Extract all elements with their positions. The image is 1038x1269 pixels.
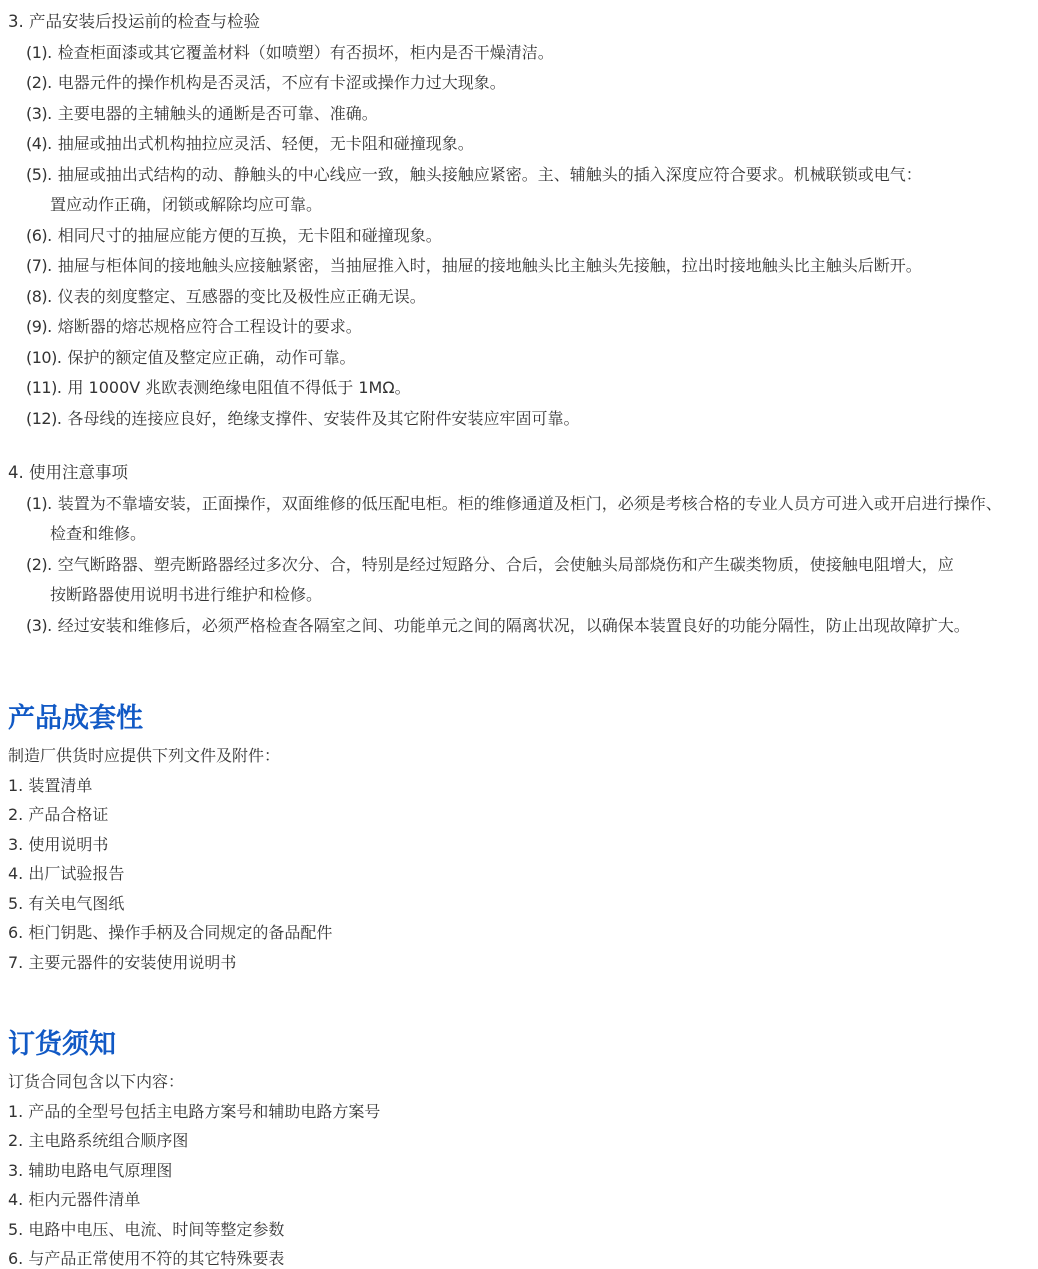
ordering-section-heading: 订货须知 xyxy=(8,1027,1030,1063)
item-text: 抽屉或抽出式结构的动、静触头的中心线应一致，触头接触应紧密。主、辅触头的插入深度… xyxy=(58,165,922,184)
item-number: (2). xyxy=(26,73,52,92)
item-number: (1). xyxy=(26,43,52,62)
item-text: 经过安装和维修后，必须严格检查各隔室之间、功能单元之间的隔离状况，以确保本装置良… xyxy=(58,616,970,635)
list-item-3-6: (6).相同尺寸的抽屉应能方便的互换，无卡阻和碰撞现象。 xyxy=(8,221,1030,252)
item-number: (5). xyxy=(26,165,52,184)
item-text: 抽屉或抽出式机构抽拉应灵活、轻便，无卡阻和碰撞现象。 xyxy=(58,134,474,153)
item-text: 保护的额定值及整定应正确，动作可靠。 xyxy=(67,348,355,367)
item-number: (8). xyxy=(26,287,52,306)
item-text: 装置为不靠墙安装，正面操作，双面维修的低压配电柜。柜的维修通道及柜门，必须是考核… xyxy=(58,494,1002,513)
item-number: (12). xyxy=(26,409,61,428)
ordering-item-1: 1. 产品的全型号包括主电路方案号和辅助电路方案号 xyxy=(8,1097,1030,1127)
completeness-item-6: 6. 柜门钥匙、操作手柄及合同规定的备品配件 xyxy=(8,918,1030,948)
completeness-item-2: 2. 产品合格证 xyxy=(8,800,1030,830)
list-item-3-10: (10).保护的额定值及整定应正确，动作可靠。 xyxy=(8,343,1030,374)
item-text: 用 1000V 兆欧表测绝缘电阻值不得低于 1MΩ。 xyxy=(67,378,410,397)
ordering-intro: 订货合同包含以下内容： xyxy=(8,1067,1030,1097)
completeness-intro: 制造厂供货时应提供下列文件及附件： xyxy=(8,741,1030,771)
list-item-3-2: (2).电器元件的操作机构是否灵活，不应有卡涩或操作力过大现象。 xyxy=(8,68,1030,99)
item-text: 各母线的连接应良好，绝缘支撑件、安装件及其它附件安装应牢固可靠。 xyxy=(67,409,579,428)
section-usage-precautions: 4. 使用注意事项 (1).装置为不靠墙安装，正面操作，双面维修的低压配电柜。柜… xyxy=(8,458,1030,641)
item-number: (1). xyxy=(26,494,52,513)
list-item-3-7: (7).抽屉与柜体间的接地触头应接触紧密，当抽屉推入时，抽屉的接地触头比主触头先… xyxy=(8,251,1030,282)
manual-page: 3. 产品安装后投运前的检查与检验 (1).检查柜面漆或其它覆盖材料（如喷塑）有… xyxy=(0,0,1038,1269)
completeness-list: 制造厂供货时应提供下列文件及附件： 1. 装置清单 2. 产品合格证 3. 使用… xyxy=(8,741,1030,977)
item-text: 电器元件的操作机构是否灵活，不应有卡涩或操作力过大现象。 xyxy=(58,73,506,92)
list-item-3-11: (11).用 1000V 兆欧表测绝缘电阻值不得低于 1MΩ。 xyxy=(8,373,1030,404)
list-item-3-5-continuation: 置应动作正确，闭锁或解除均应可靠。 xyxy=(8,190,1030,221)
ordering-item-4: 4. 柜内元器件清单 xyxy=(8,1185,1030,1215)
item-text: 空气断路器、塑壳断路器经过多次分、合，特别是经过短路分、合后，会使触头局部烧伤和… xyxy=(58,555,954,574)
item-text: 熔断器的熔芯规格应符合工程设计的要求。 xyxy=(58,317,362,336)
item-number: (6). xyxy=(26,226,52,245)
item-text: 检查柜面漆或其它覆盖材料（如喷塑）有否损坏，柜内是否干燥清洁。 xyxy=(58,43,554,62)
list-item-3-12: (12).各母线的连接应良好，绝缘支撑件、安装件及其它附件安装应牢固可靠。 xyxy=(8,404,1030,435)
list-item-3-8: (8).仪表的刻度整定、互感器的变比及极性应正确无误。 xyxy=(8,282,1030,313)
item-text: 抽屉与柜体间的接地触头应接触紧密，当抽屉推入时，抽屉的接地触头比主触头先接触，拉… xyxy=(58,256,922,275)
list-item-4-3: (3).经过安装和维修后，必须严格检查各隔室之间、功能单元之间的隔离状况，以确保… xyxy=(8,611,1030,642)
section-pre-commissioning-checks: 3. 产品安装后投运前的检查与检验 (1).检查柜面漆或其它覆盖材料（如喷塑）有… xyxy=(8,7,1030,434)
item-text: 仪表的刻度整定、互感器的变比及极性应正确无误。 xyxy=(58,287,426,306)
item-number: (7). xyxy=(26,256,52,275)
item-number: (2). xyxy=(26,555,52,574)
item-number: (3). xyxy=(26,616,52,635)
list-item-4-2: (2).空气断路器、塑壳断路器经过多次分、合，特别是经过短路分、合后，会使触头局… xyxy=(8,550,1030,581)
item-text: 相同尺寸的抽屉应能方便的互换，无卡阻和碰撞现象。 xyxy=(58,226,442,245)
list-item-3-4: (4).抽屉或抽出式机构抽拉应灵活、轻便，无卡阻和碰撞现象。 xyxy=(8,129,1030,160)
completeness-section-heading: 产品成套性 xyxy=(8,701,1030,737)
completeness-item-7: 7. 主要元器件的安装使用说明书 xyxy=(8,948,1030,978)
completeness-item-1: 1. 装置清单 xyxy=(8,771,1030,801)
item-number: (9). xyxy=(26,317,52,336)
item-number: (4). xyxy=(26,134,52,153)
ordering-item-2: 2. 主电路系统组合顺序图 xyxy=(8,1126,1030,1156)
list-item-4-2-continuation: 按断路器使用说明书进行维护和检修。 xyxy=(8,580,1030,611)
item-number: (3). xyxy=(26,104,52,123)
ordering-list: 订货合同包含以下内容： 1. 产品的全型号包括主电路方案号和辅助电路方案号 2.… xyxy=(8,1067,1030,1269)
list-item-4-1: (1).装置为不靠墙安装，正面操作，双面维修的低压配电柜。柜的维修通道及柜门，必… xyxy=(8,489,1030,520)
completeness-item-3: 3. 使用说明书 xyxy=(8,830,1030,860)
list-item-3-1: (1).检查柜面漆或其它覆盖材料（如喷塑）有否损坏，柜内是否干燥清洁。 xyxy=(8,38,1030,69)
section-3-title: 3. 产品安装后投运前的检查与检验 xyxy=(8,7,1030,38)
section-4-title: 4. 使用注意事项 xyxy=(8,458,1030,489)
list-item-3-5: (5).抽屉或抽出式结构的动、静触头的中心线应一致，触头接触应紧密。主、辅触头的… xyxy=(8,160,1030,191)
completeness-item-4: 4. 出厂试验报告 xyxy=(8,859,1030,889)
ordering-item-3: 3. 辅助电路电气原理图 xyxy=(8,1156,1030,1186)
ordering-item-5: 5. 电路中电压、电流、时间等整定参数 xyxy=(8,1215,1030,1245)
item-number: (10). xyxy=(26,348,61,367)
item-number: (11). xyxy=(26,378,61,397)
ordering-item-6: 6. 与产品正常使用不符的其它特殊要表 xyxy=(8,1244,1030,1269)
list-item-4-1-continuation: 检查和维修。 xyxy=(8,519,1030,550)
list-item-3-3: (3).主要电器的主辅触头的通断是否可靠、准确。 xyxy=(8,99,1030,130)
list-item-3-9: (9).熔断器的熔芯规格应符合工程设计的要求。 xyxy=(8,312,1030,343)
completeness-item-5: 5. 有关电气图纸 xyxy=(8,889,1030,919)
item-text: 主要电器的主辅触头的通断是否可靠、准确。 xyxy=(58,104,378,123)
